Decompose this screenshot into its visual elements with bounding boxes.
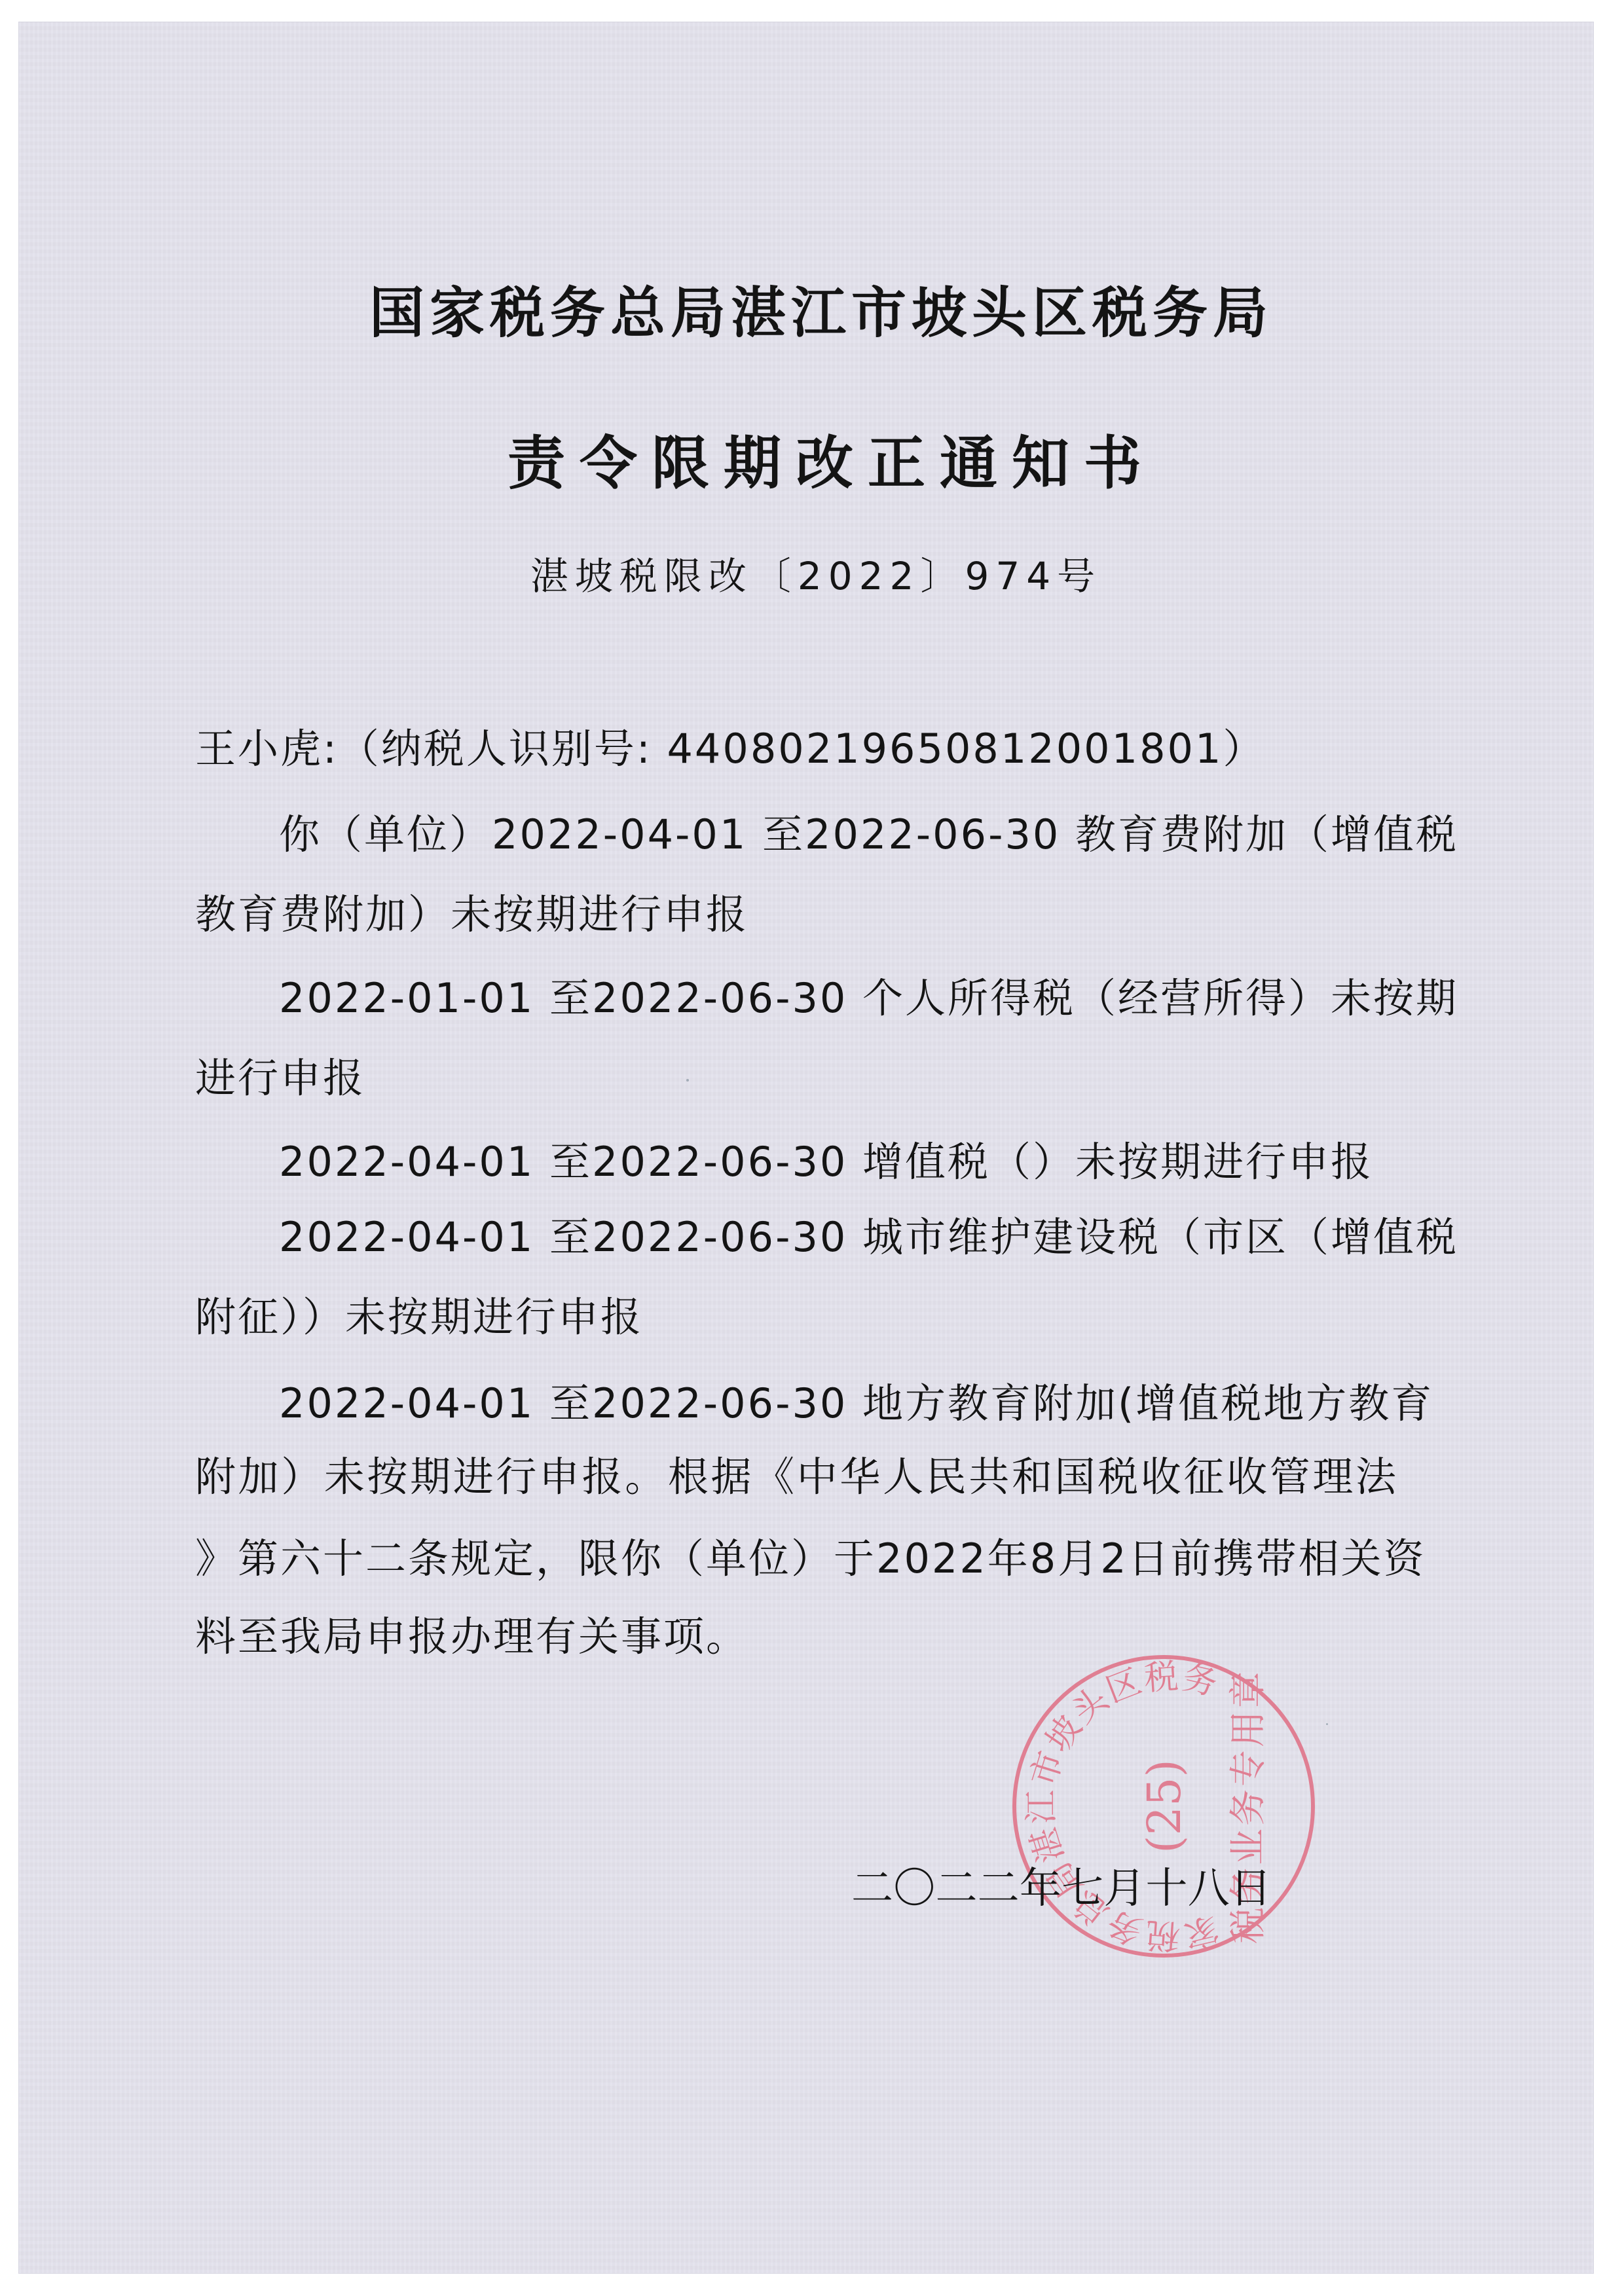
body-line-9: 附加）未按期进行申报。根据《中华人民共和国税收征收管理法	[195, 1451, 1398, 1503]
body-line-1: 你（单位）2022-04-01 至2022-06-30 教育费附加（增值税	[279, 809, 1398, 861]
body-line-7: 附征））未按期进行申报	[195, 1291, 1398, 1343]
issuing-authority-heading: 国家税务总局湛江市坡头区税务局	[0, 280, 1624, 346]
scan-speck	[686, 1079, 689, 1082]
body-line-8: 2022-04-01 至2022-06-30 地方教育附加(增值税地方教育	[279, 1377, 1398, 1430]
recipient-line: 王小虎:（纳税人识别号: 44080219650812001801）	[195, 723, 1398, 775]
issue-date: 二〇二二年七月十八日	[851, 1863, 1272, 1915]
body-line-5: 2022-04-01 至2022-06-30 增值税（）未按期进行申报	[279, 1136, 1398, 1188]
body-line-2: 教育费附加）未按期进行申报	[195, 888, 1398, 941]
body-line-3: 2022-01-01 至2022-06-30 个人所得税（经营所得）未按期	[279, 972, 1398, 1025]
document-title: 责令限期改正通知书	[0, 427, 1624, 499]
document-number: 湛坡税限改〔2022〕974号	[0, 551, 1624, 601]
body-line-10: 》第六十二条规定，限你（单位）于2022年8月2日前携带相关资	[195, 1533, 1398, 1585]
body-line-6: 2022-04-01 至2022-06-30 城市维护建设税（市区（增值税	[279, 1211, 1398, 1264]
seal-center-number: (25)	[1137, 1759, 1191, 1853]
body-line-4: 进行申报	[195, 1052, 1398, 1104]
scan-speck	[1326, 1723, 1328, 1725]
